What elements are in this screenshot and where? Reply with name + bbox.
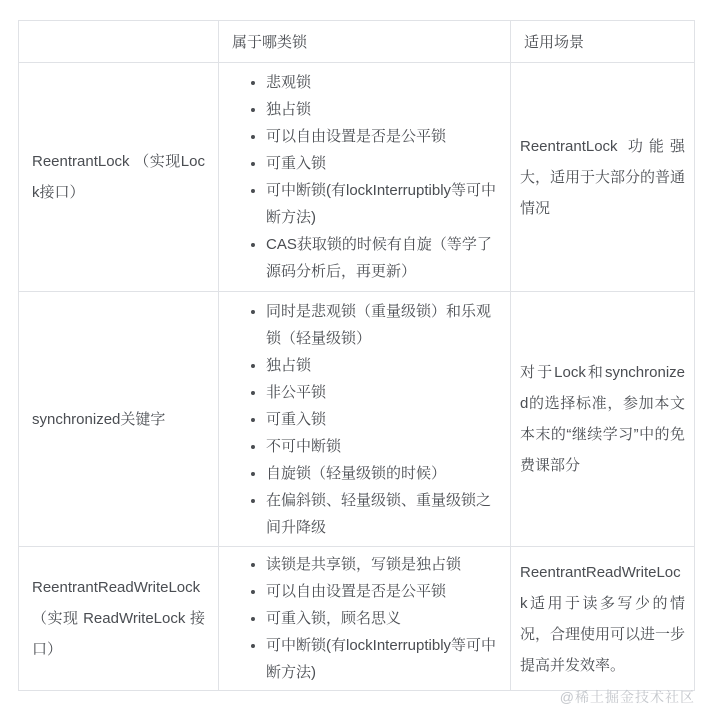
header-empty-cell (19, 21, 219, 63)
lock-category-list: 同时是悲观锁（重量级锁）和乐观锁（轻量级锁） 独占锁 非公平锁 可重入锁 不可中… (232, 298, 497, 541)
table-row-reentrantreadwritelock: ReentrantReadWriteLock（实现 ReadWriteLock … (19, 547, 695, 691)
lock-category-list: 读锁是共享锁，写锁是独占锁 可以自由设置是否是公平锁 可重入锁，顾名思义 可中断… (232, 551, 497, 686)
list-item: CAS获取锁的时候有自旋（等学了源码分析后，再更新） (266, 231, 497, 285)
table-row-synchronized: synchronized关键字 同时是悲观锁（重量级锁）和乐观锁（轻量级锁） 独… (19, 292, 695, 547)
lock-category-list: 悲观锁 独占锁 可以自由设置是否是公平锁 可重入锁 可中断锁(有lockInte… (232, 69, 497, 285)
list-item: 可以自由设置是否是公平锁 (266, 123, 497, 150)
list-item: 可重入锁 (266, 406, 497, 433)
list-item: 自旋锁（轻量级锁的时候） (266, 460, 497, 487)
table-row-reentrantlock: ReentrantLock （实现Lock接口） 悲观锁 独占锁 可以自由设置是… (19, 63, 695, 292)
header-use-case: 适用场景 (511, 21, 695, 63)
lock-name-reentrantlock: ReentrantLock （实现Lock接口） (19, 63, 219, 292)
list-item: 非公平锁 (266, 379, 497, 406)
lock-name-synchronized: synchronized关键字 (19, 292, 219, 547)
watermark: @稀土掘金技术社区 (560, 687, 695, 707)
header-lock-category: 属于哪类锁 (219, 21, 511, 63)
list-item: 可以自由设置是否是公平锁 (266, 578, 497, 605)
use-case-cell: ReentrantReadWriteLock适用于读多写少的情况，合理使用可以进… (511, 547, 695, 691)
table-container: 属于哪类锁 适用场景 ReentrantLock （实现Lock接口） 悲观锁 … (18, 20, 695, 691)
table-header-row: 属于哪类锁 适用场景 (19, 21, 695, 63)
list-item: 独占锁 (266, 352, 497, 379)
list-item: 可重入锁 (266, 150, 497, 177)
lock-category-cell: 同时是悲观锁（重量级锁）和乐观锁（轻量级锁） 独占锁 非公平锁 可重入锁 不可中… (219, 292, 511, 547)
list-item: 可中断锁(有lockInterruptibly等可中断方法) (266, 632, 497, 686)
lock-category-cell: 读锁是共享锁，写锁是独占锁 可以自由设置是否是公平锁 可重入锁，顾名思义 可中断… (219, 547, 511, 691)
list-item: 读锁是共享锁，写锁是独占锁 (266, 551, 497, 578)
lock-name-reentrantreadwritelock: ReentrantReadWriteLock（实现 ReadWriteLock … (19, 547, 219, 691)
list-item: 悲观锁 (266, 69, 497, 96)
lock-category-cell: 悲观锁 独占锁 可以自由设置是否是公平锁 可重入锁 可中断锁(有lockInte… (219, 63, 511, 292)
list-item: 同时是悲观锁（重量级锁）和乐观锁（轻量级锁） (266, 298, 497, 352)
list-item: 可中断锁(有lockInterruptibly等可中断方法) (266, 177, 497, 231)
list-item: 在偏斜锁、轻量级锁、重量级锁之间升降级 (266, 487, 497, 541)
use-case-cell: 对于Lock和synchronized的选择标准，参加本文本末的“继续学习”中的… (511, 292, 695, 547)
use-case-cell: ReentrantLock 功能强大，适用于大部分的普通情况 (511, 63, 695, 292)
list-item: 可重入锁，顾名思义 (266, 605, 497, 632)
list-item: 独占锁 (266, 96, 497, 123)
page: 属于哪类锁 适用场景 ReentrantLock （实现Lock接口） 悲观锁 … (0, 0, 712, 720)
locks-comparison-table: 属于哪类锁 适用场景 ReentrantLock （实现Lock接口） 悲观锁 … (18, 20, 695, 691)
list-item: 不可中断锁 (266, 433, 497, 460)
